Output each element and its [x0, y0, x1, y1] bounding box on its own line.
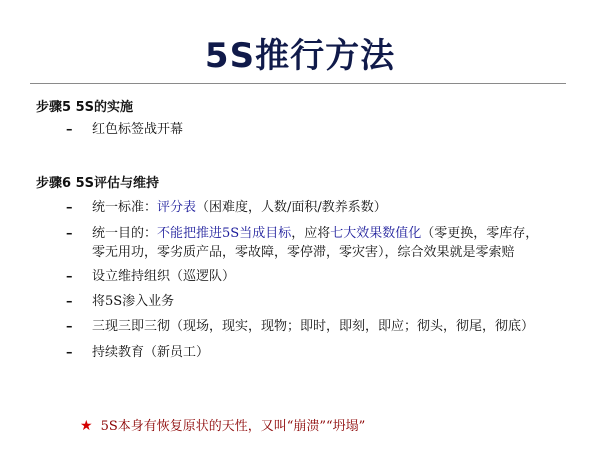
note: ★5S本身有恢复原状的天性，又叫“崩溃”“坍塌”: [80, 415, 365, 434]
star-icon: ★: [80, 418, 93, 434]
list-item: –红色标签战开幕: [66, 120, 183, 139]
page-title: 5S推行方法: [0, 28, 600, 77]
highlight-text: 不能把推进5S当成目标: [157, 226, 291, 241]
dash-bullet-icon: –: [66, 343, 92, 362]
step5-heading: 步骤5 5S的实施: [36, 96, 133, 115]
list-item: –持续教育（新员工）: [66, 343, 209, 362]
dash-bullet-icon: –: [66, 292, 92, 311]
list-item: –将5S渗入业务: [66, 292, 174, 311]
list-item: –设立维持组织（巡逻队）: [66, 267, 235, 286]
dash-bullet-icon: –: [66, 120, 92, 139]
title-divider: [30, 83, 566, 84]
list-item: –三现三即三彻（现场，现实，现物；即时，即刻，即应；彻头，彻尾，彻底）: [66, 317, 534, 336]
list-item: –统一标准：评分表（困难度，人数/面积/教养系数）: [66, 198, 387, 217]
step6-heading: 步骤6 5S评估与维持: [36, 172, 159, 191]
dash-bullet-icon: –: [66, 317, 92, 336]
dash-bullet-icon: –: [66, 267, 92, 286]
note-text: 5S本身有恢复原状的天性，又叫“崩溃”“坍塌”: [101, 419, 366, 434]
list-item: –统一目的：不能把推进5S当成目标，应将七大效果数值化（零更换，零库存，零无用功…: [66, 224, 538, 262]
highlight-text: 评分表: [157, 200, 196, 215]
highlight-text: 七大效果数值化: [330, 226, 421, 241]
dash-bullet-icon: –: [66, 198, 92, 217]
dash-bullet-icon: –: [66, 224, 92, 243]
